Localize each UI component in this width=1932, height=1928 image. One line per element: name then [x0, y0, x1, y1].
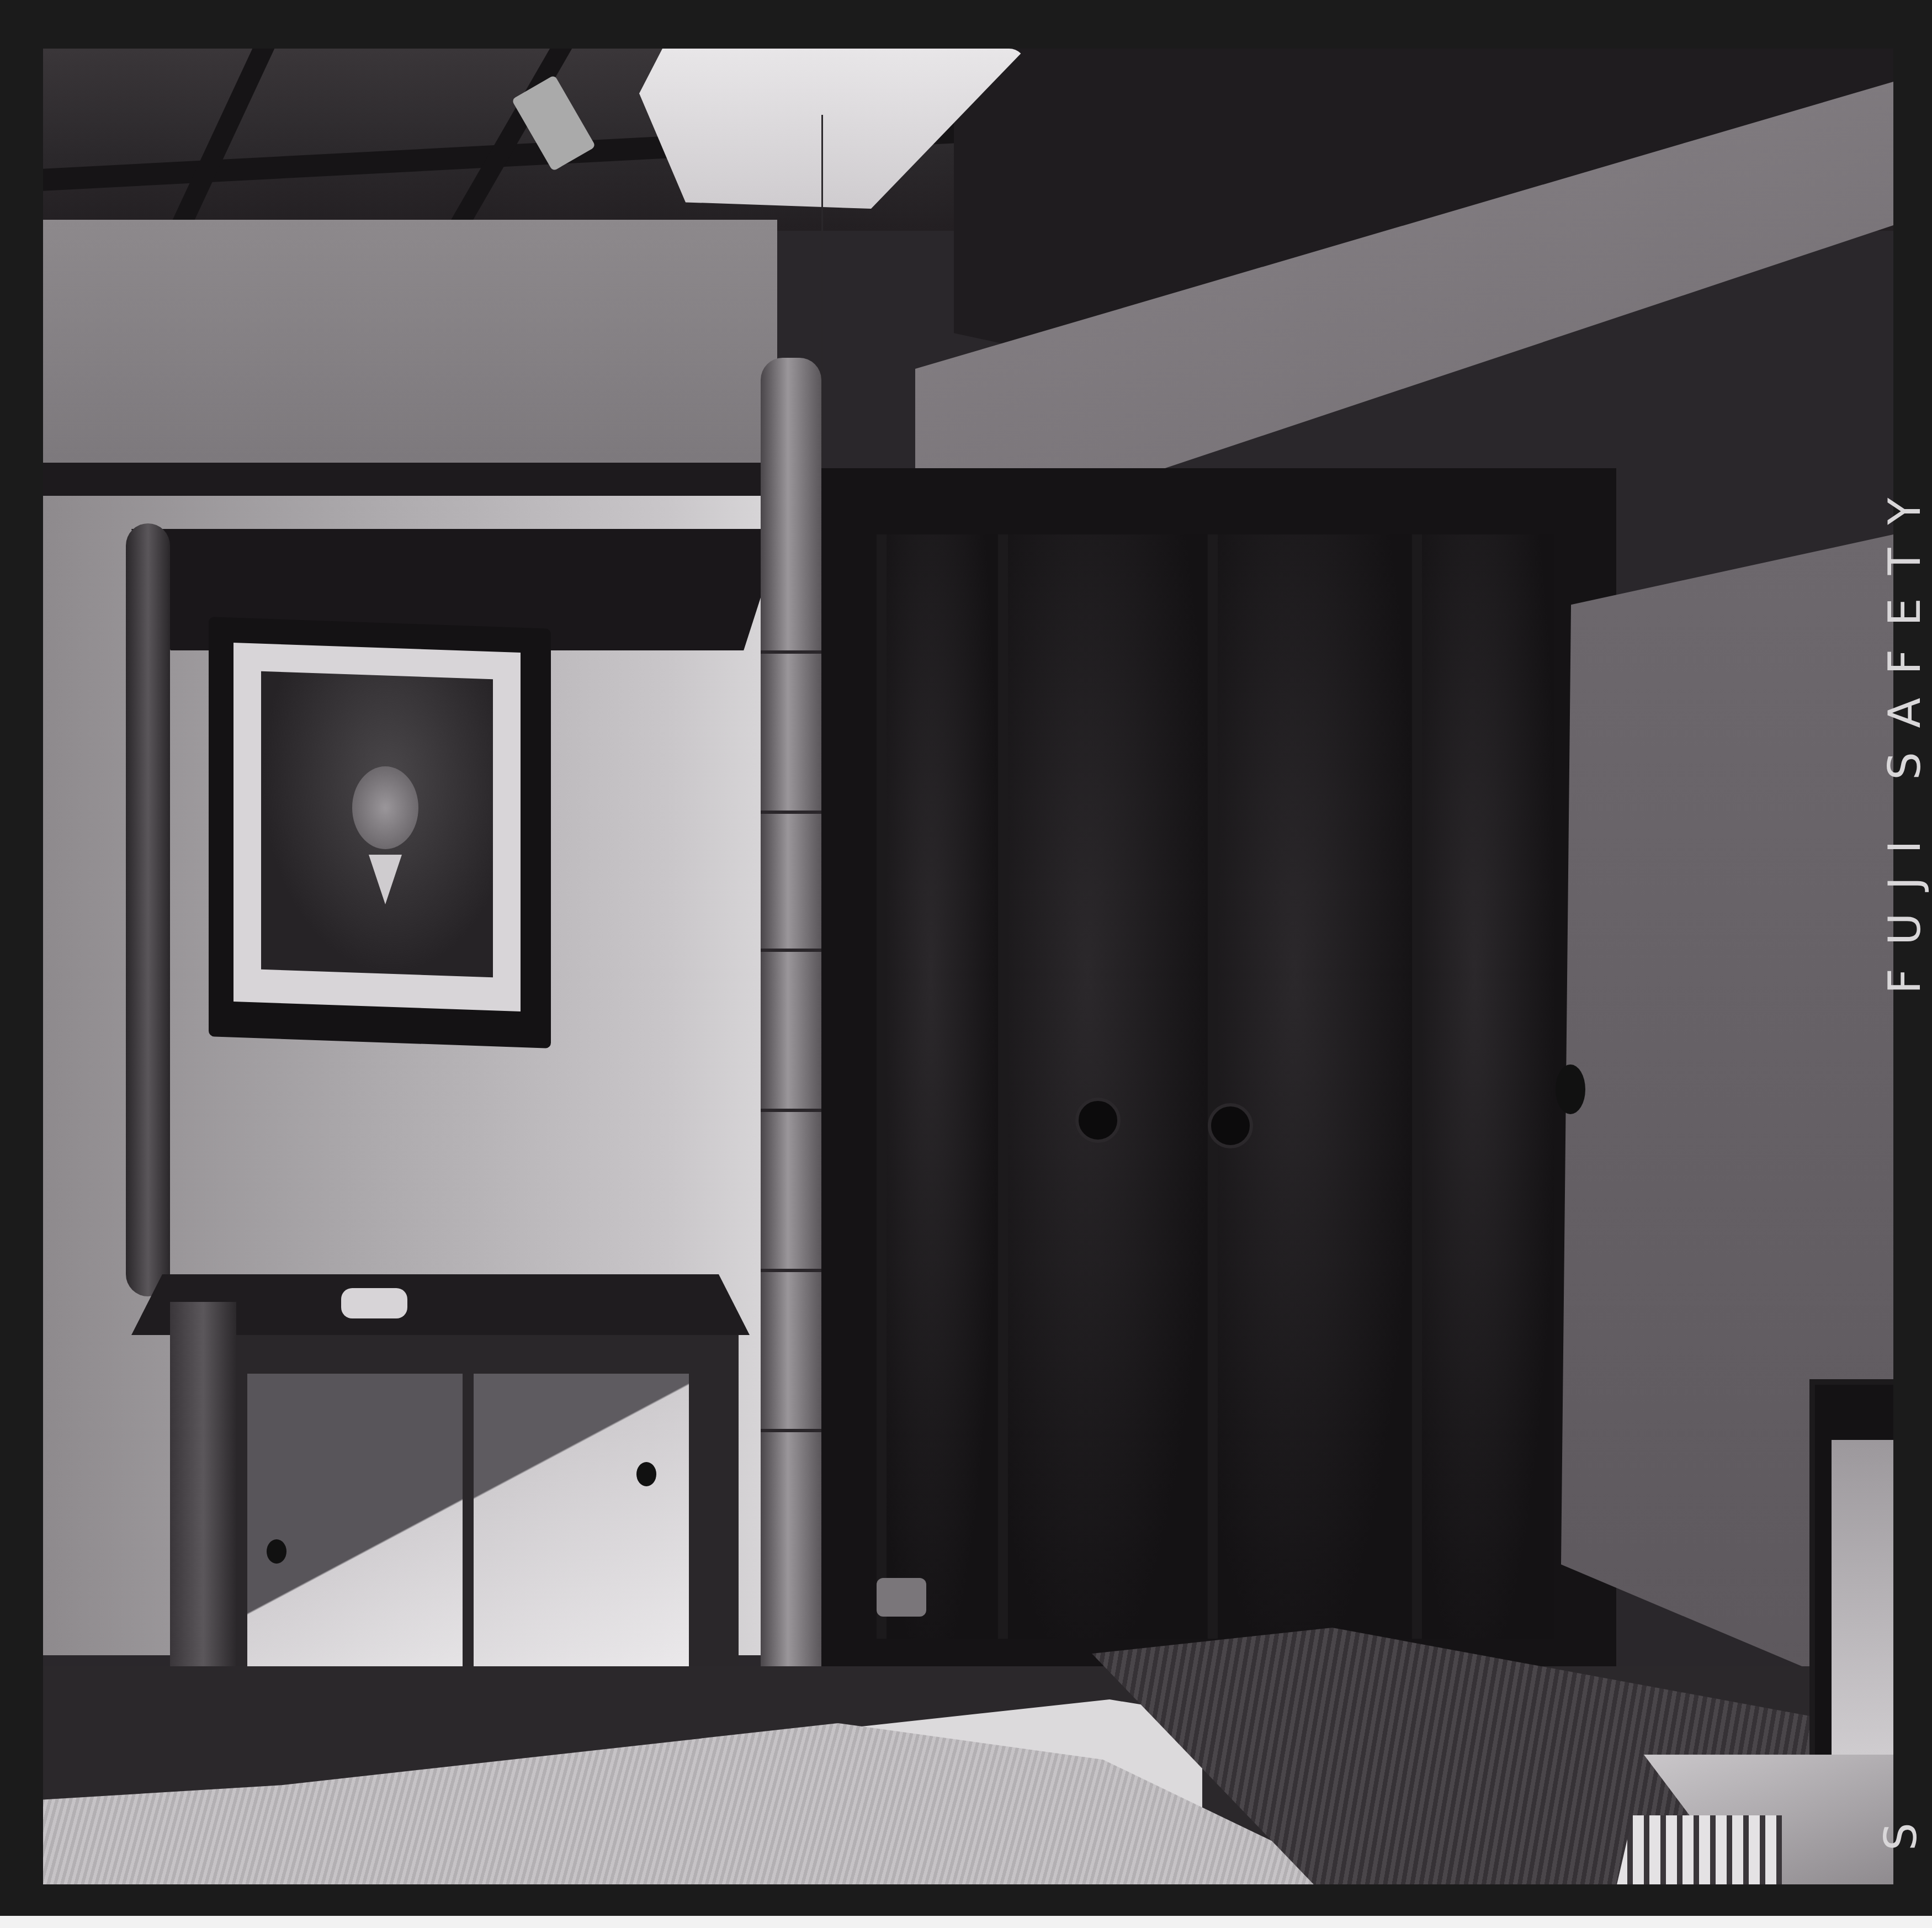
bamboo-node [761, 1109, 821, 1112]
fusuma-panel [1208, 534, 1411, 1639]
door-pull-icon [636, 1462, 656, 1486]
cabinet-door-left [247, 1374, 463, 1672]
vine-post [126, 523, 170, 1296]
stone-ornament [341, 1288, 407, 1318]
portrait-face [352, 766, 418, 849]
fusuma-pull-icon [1075, 1098, 1121, 1143]
fusuma-panel [1412, 534, 1554, 1639]
bamboo-node [761, 1269, 821, 1272]
alcove-lintel [43, 463, 777, 496]
sliding-door-pull-icon [1556, 1064, 1585, 1114]
checked-fabric [1616, 1815, 1782, 1884]
bamboo-post [761, 358, 821, 1722]
film-rebate-text: FUJI SAFETY [1880, 166, 1929, 994]
log-post [170, 1302, 236, 1722]
photo-frame [43, 49, 1893, 1884]
fusuma-panel [877, 534, 997, 1639]
stone [877, 1578, 926, 1617]
fusuma-pull-icon [1208, 1103, 1253, 1148]
cabinet-door-right [474, 1374, 689, 1672]
scan-bottom-edge [0, 1916, 1932, 1928]
bamboo-node [761, 650, 821, 654]
film-rebate-letter: S [1875, 1823, 1926, 1851]
leaning-picture [1832, 1440, 1893, 1760]
bamboo-node [761, 811, 821, 814]
fusuma-panel [998, 534, 1207, 1639]
bamboo-node [761, 1429, 821, 1432]
bamboo-node [761, 949, 821, 952]
door-pull-icon [267, 1539, 286, 1564]
